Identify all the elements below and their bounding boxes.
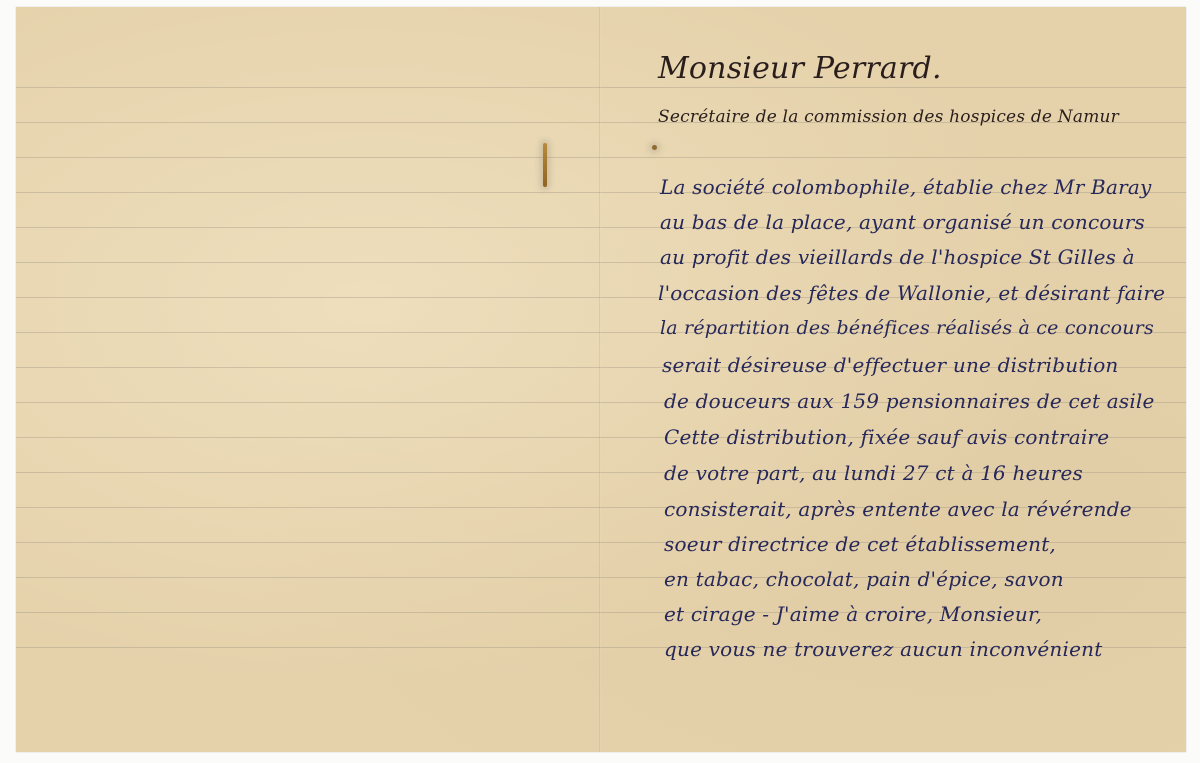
body-line-6: serait désireuse d'effectuer une distrib… bbox=[662, 353, 1119, 377]
body-line-4: l'occasion des fêtes de Wallonie, et dés… bbox=[658, 281, 1165, 305]
body-line-7: de douceurs aux 159 pensionnaires de cet… bbox=[664, 389, 1155, 413]
body-line-10: consisterait, après entente avec la révé… bbox=[664, 497, 1132, 521]
body-line-11: soeur directrice de cet établissement, bbox=[664, 532, 1056, 556]
paper-sheet: Monsieur Perrard. Secrétaire de la commi… bbox=[16, 7, 1186, 752]
staple-mark-icon bbox=[543, 143, 547, 187]
body-line-9: de votre part, au lundi 27 ct à 16 heure… bbox=[664, 461, 1083, 485]
body-line-8: Cette distribution, fixée sauf avis cont… bbox=[664, 425, 1109, 449]
body-line-12: en tabac, chocolat, pain d'épice, savon bbox=[664, 567, 1064, 591]
left-page-blank bbox=[16, 7, 599, 752]
salutation: Monsieur Perrard. bbox=[658, 51, 942, 86]
body-line-14: que vous ne trouverez aucun inconvénient bbox=[664, 637, 1102, 661]
body-line-5: la répartition des bénéfices réalisés à … bbox=[660, 317, 1154, 339]
scanned-letter: Monsieur Perrard. Secrétaire de la commi… bbox=[0, 0, 1200, 763]
right-page: Monsieur Perrard. Secrétaire de la commi… bbox=[600, 7, 1186, 752]
body-line-3: au profit des vieillards de l'hospice St… bbox=[660, 245, 1135, 269]
body-line-2: au bas de la place, ayant organisé un co… bbox=[660, 210, 1145, 234]
addressee-title: Secrétaire de la commission des hospices… bbox=[658, 107, 1119, 127]
handwritten-letter: Monsieur Perrard. Secrétaire de la commi… bbox=[600, 7, 1186, 752]
body-line-13: et cirage - J'aime à croire, Monsieur, bbox=[664, 602, 1042, 626]
body-line-1: La société colombophile, établie chez Mr… bbox=[660, 175, 1151, 199]
